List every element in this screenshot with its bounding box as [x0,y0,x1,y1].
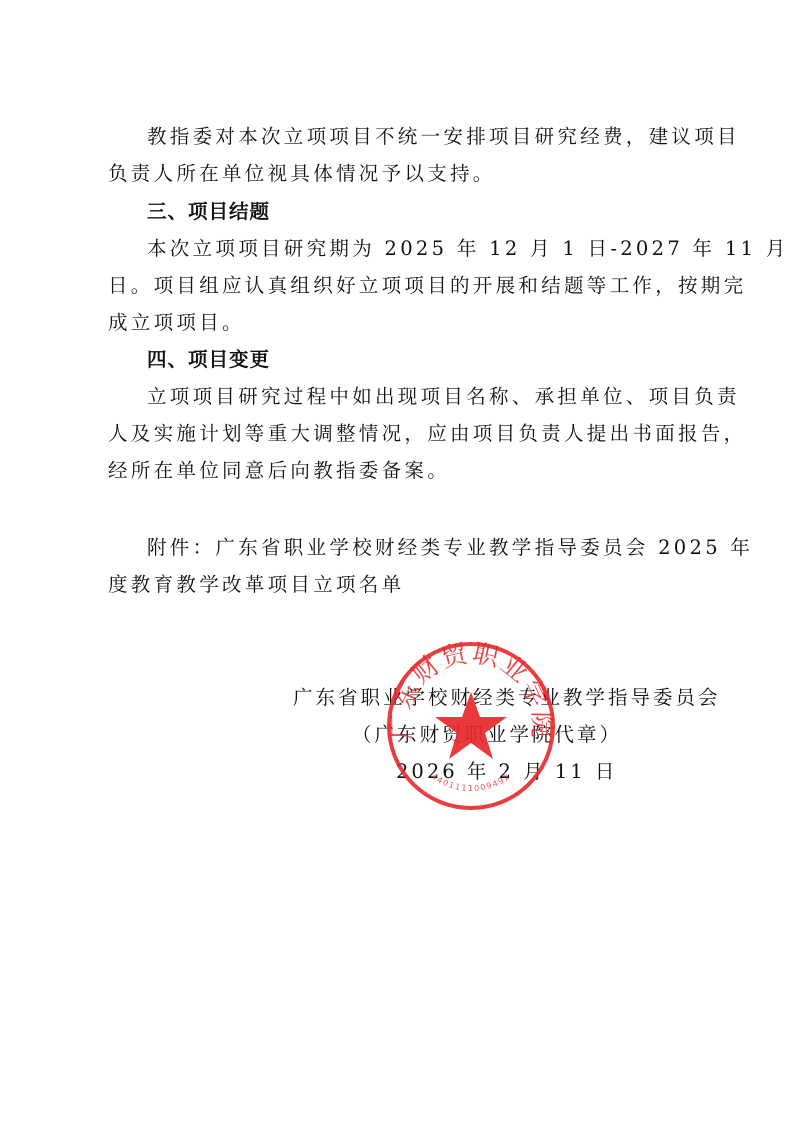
closure-paragraph-line-3: 成立项项目。 [108,310,688,336]
section-heading-change: 四、项目变更 [147,347,688,373]
funding-paragraph-line-2: 负责人所在单位视具体情况予以支持。 [108,161,688,187]
change-paragraph-line-1: 立项项目研究过程中如出现项目名称、承担单位、项目负责 [147,384,688,410]
closure-paragraph-line-1: 本次立项项目研究期为 2025 年 12 月 1 日-2027 年 11 月 3… [147,236,688,262]
signature-organization: 广东省职业学校财经类专业教学指导委员会 [293,685,721,711]
attachment-line-1: 附件：广东省职业学校财经类专业教学指导委员会 2025 年 [147,535,688,561]
closure-paragraph-line-2: 日。项目组应认真组织好立项项目的开展和结题等工作，按期完 [108,273,688,299]
signature-proxy-note: （广东财贸职业学院代章） [352,722,622,748]
change-paragraph-line-3: 经所在单位同意后向教指委备案。 [108,458,688,484]
section-heading-closure: 三、项目结题 [147,199,688,225]
funding-paragraph-line-1: 教指委对本次立项项目不统一安排项目研究经费，建议项目 [147,124,688,150]
document-page: 教指委对本次立项项目不统一安排项目研究经费，建议项目 负责人所在单位视具体情况予… [0,0,794,1123]
attachment-line-2: 度教育教学改革项目立项名单 [108,572,688,598]
change-paragraph-line-2: 人及实施计划等重大调整情况，应由项目负责人提出书面报告， [108,421,688,447]
signature-date: 2026 年 2 月 11 日 [396,759,617,785]
